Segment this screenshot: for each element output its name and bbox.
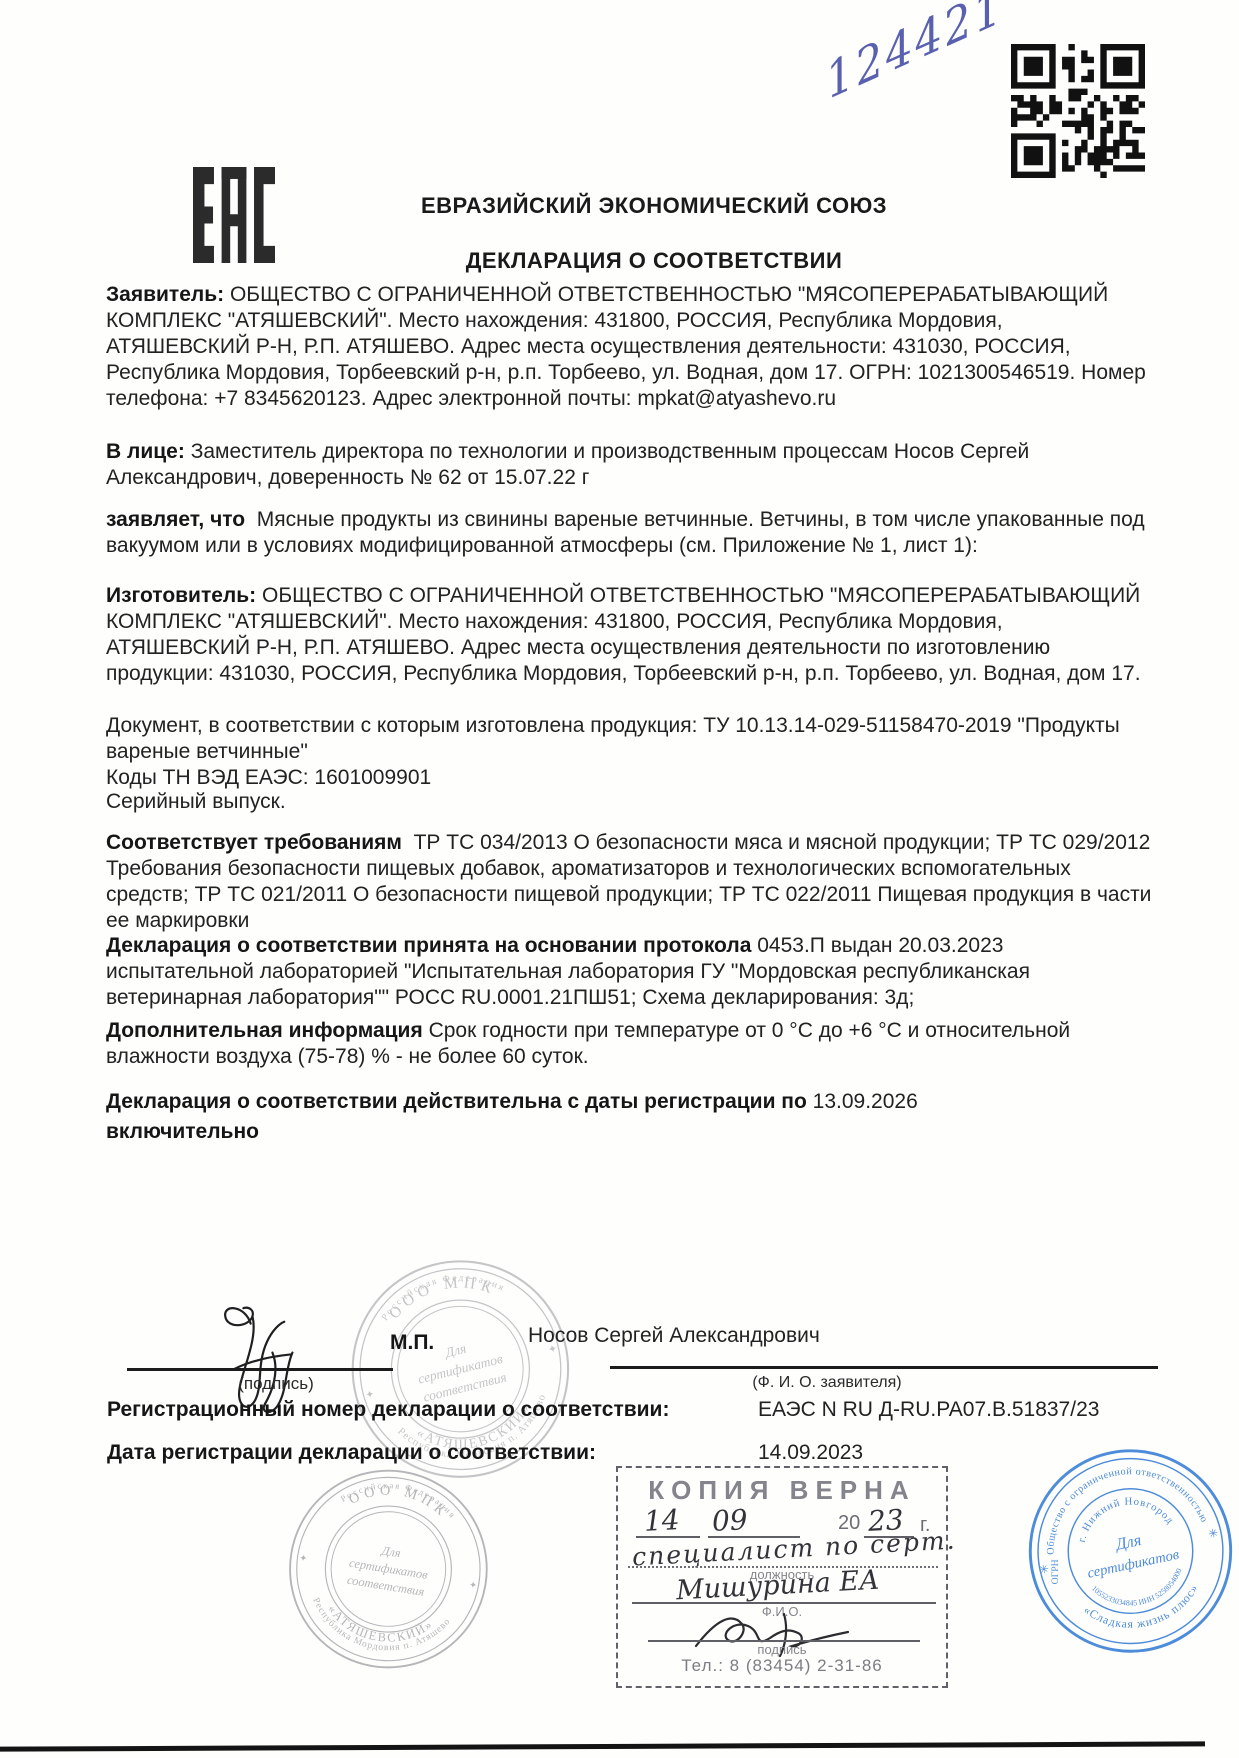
qr-code-icon bbox=[1011, 44, 1145, 178]
applicant-label: Заявитель: bbox=[106, 283, 224, 306]
signature-caption: (подпись) bbox=[216, 1374, 336, 1394]
adopted-paragraph: Декларация о соответствии принята на осн… bbox=[106, 933, 1152, 1011]
product-document-line: Документ, в соответствии с которым изгот… bbox=[106, 713, 1152, 765]
reg-date-label: Дата регистрации декларации о соответств… bbox=[107, 1441, 596, 1465]
adopted-label: Декларация о соответствии принята на осн… bbox=[106, 934, 751, 957]
blue-stamp-star-left-icon: ✳ bbox=[1038, 1562, 1050, 1577]
signature-line-left bbox=[127, 1368, 393, 1371]
validity-date: 13.09.2026 bbox=[813, 1090, 918, 1113]
additional-info-paragraph: Дополнительная информация Срок годности … bbox=[106, 1018, 1152, 1070]
in-person-text: Заместитель директора по технологии и пр… bbox=[106, 440, 1029, 489]
manufacturer-text: ОБЩЕСТВО С ОГРАНИЧЕННОЙ ОТВЕТСТВЕННОСТЬЮ… bbox=[106, 584, 1141, 685]
in-person-label: В лице: bbox=[106, 440, 185, 463]
complies-paragraph: Соответствует требованиям ТР ТС 034/2013… bbox=[106, 830, 1152, 934]
in-person-paragraph: В лице: Заместитель директора по техноло… bbox=[106, 439, 1152, 491]
gray-stamp-center-line1: Для bbox=[442, 1341, 468, 1361]
validity-suffix: включительно bbox=[106, 1120, 259, 1143]
blue-round-stamp: Общество с ограниченной ответственностью… bbox=[1004, 1424, 1239, 1683]
manufacturer-paragraph: Изготовитель: ОБЩЕСТВО С ОГРАНИЧЕННОЙ ОТ… bbox=[106, 583, 1152, 687]
manufacturer-label: Изготовитель: bbox=[106, 584, 256, 607]
copy-phone: Тел.: 8 (83454) 2-31-86 bbox=[618, 1656, 946, 1676]
blue-stamp-star-right-icon: ✳ bbox=[1207, 1526, 1219, 1541]
copy-signature-label: подпись bbox=[618, 1642, 946, 1657]
document-title: ДЕКЛАРАЦИЯ О СООТВЕТСТВИИ bbox=[254, 248, 1054, 274]
validity-label: Декларация о соответствии действительна … bbox=[106, 1090, 807, 1113]
handwritten-number: 124421 bbox=[822, 0, 1009, 110]
copy-verna-stamp: КОПИЯ ВЕРНА 14 09 20 23 г. специалист по… bbox=[616, 1466, 948, 1688]
page-bottom-scan-edge bbox=[0, 1741, 1205, 1751]
name-caption: (Ф. И. О. заявителя) bbox=[742, 1374, 912, 1392]
reg-date-value: 14.09.2023 bbox=[758, 1441, 863, 1465]
union-title: ЕВРАЗИЙСКИЙ ЭКОНОМИЧЕСКИЙ СОЮЗ bbox=[254, 193, 1054, 219]
complies-label: Соответствует требованиям bbox=[106, 831, 402, 854]
serial-line: Серийный выпуск. bbox=[106, 789, 1152, 815]
mp-label: М.П. bbox=[390, 1331, 434, 1355]
reg-number-value: ЕАЭС N RU Д-RU.РА07.В.51837/23 bbox=[758, 1398, 1099, 1422]
blue-stamp-center-line2: сертификатов bbox=[1086, 1547, 1181, 1582]
copy-day-line bbox=[636, 1536, 700, 1538]
validity-paragraph: Декларация о соответствии действительна … bbox=[106, 1087, 1152, 1147]
tnved-line: Коды ТН ВЭД ЕАЭС: 1601009901 bbox=[106, 765, 1152, 791]
reg-number-label: Регистрационный номер декларации о соотв… bbox=[107, 1398, 669, 1422]
applicant-name: Носов Сергей Александрович bbox=[528, 1324, 820, 1348]
gray-stamp-center-line1: Для bbox=[380, 1543, 402, 1560]
declares-label: заявляет, что bbox=[106, 508, 245, 531]
gray-stamp-ring-top-text: ООО МПК bbox=[381, 1263, 503, 1325]
blue-stamp-center-line1: Для bbox=[1112, 1530, 1143, 1554]
copy-verna-title: КОПИЯ ВЕРНА bbox=[618, 1475, 946, 1506]
gray-stamp-star-right-icon: ✦ bbox=[468, 1580, 478, 1592]
additional-info-label: Дополнительная информация bbox=[106, 1019, 423, 1042]
signature-line-right bbox=[610, 1366, 1158, 1369]
applicant-text: ОБЩЕСТВО С ОГРАНИЧЕННОЙ ОТВЕТСТВЕННОСТЬЮ… bbox=[106, 283, 1146, 410]
blue-stamp-ogrn-text: ОГРН bbox=[1050, 1559, 1061, 1584]
svg-text:ООО МПК: ООО МПК bbox=[381, 1263, 503, 1325]
gray-stamp-star-left-icon: ✦ bbox=[298, 1553, 308, 1565]
copy-day-handwritten: 14 bbox=[643, 1503, 680, 1538]
gray-round-stamp-lower: Российская Федерация Республика Мордовия… bbox=[267, 1449, 508, 1694]
copy-month-handwritten: 09 bbox=[711, 1503, 748, 1538]
declares-paragraph: заявляет, что Мясные продукты из свинины… bbox=[106, 507, 1152, 559]
applicant-paragraph: Заявитель: ОБЩЕСТВО С ОГРАНИЧЕННОЙ ОТВЕТ… bbox=[106, 282, 1152, 412]
declaration-document-page: 124421 ЕВРАЗИЙСКИЙ ЭКОНОМИЧЕСКИЙ СОЮЗ ДЕ… bbox=[0, 0, 1239, 1758]
declares-text: Мясные продукты из свинины вареные ветчи… bbox=[106, 508, 1145, 557]
